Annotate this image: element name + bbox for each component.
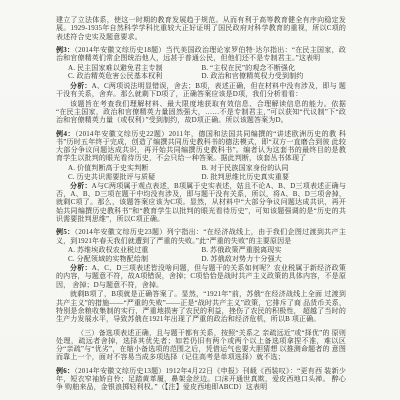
example3-stem-text: （2014年安徽文综历史18题）当代美国政治理论家罗伯特·达尔指出：“在民主国家… xyxy=(56,46,346,62)
example5-options: A. 苏维埃政权农业税过重 B. 苏俄政策严重脱离现实 C. 分配领域的实物配给… xyxy=(56,246,346,263)
rule-three-paragraph: （三）备选项表述正确，且与题干都有关系，按照“关系之 亲疏远近”或“择优”的 原… xyxy=(56,329,346,362)
example5-label: 例5： xyxy=(56,228,75,236)
example3-analysis: 分析：A、C两项说法明显错误，舍去；B项，表述正确，但在材料中没有涉及，即与 题… xyxy=(56,82,346,99)
example5-analysis-text: A、C、D三项表述皆没啥问题，但与题干的关系如何呢？农业税属于新经济政策 的内容… xyxy=(56,264,346,289)
example4-analysis-text: A与C两项属于观点表述，B项属于史实表述，姑且不论A、B、D三项表述正确与 否，… xyxy=(56,182,346,223)
rule-three-label: （三） xyxy=(77,329,99,337)
example5-analysis2: 就剩B项了，B项就是正确答案了。显然，“1921年”前，苏俄“在经济战线上全面 … xyxy=(56,290,346,323)
example3-analysis-text: A、C两项说法明显错误，舍去；B项，表述正确，但在材料中没有涉及，即与 题干没有… xyxy=(56,82,346,98)
example5-stem-text: （2014年安徽文综历史23题）列宁指出：“在经济战线上，由于我们企图过渡到共产… xyxy=(56,228,346,244)
paragraph-intro-continuation: 建立了立法体系，使这一时期的教育发展趋于规范。从而有利于高等教育健全有序向稳定发… xyxy=(56,16,346,41)
example5-options-row1: A. 苏维埃政权农业税过重 B. 苏俄政策严重脱离现实 xyxy=(68,246,346,254)
document-text-area: 建立了立法体系，使这一时期的教育发展趋于规范。从而有利于高等教育健全有序向稳定发… xyxy=(56,16,346,393)
example4-stem-text: （2014年安徽文综历史22题）2011年，德国和法国共同编撰的“讲述欧洲历史的… xyxy=(56,130,346,163)
example3-analysis-label: 分析： xyxy=(70,82,92,90)
example4-option-b: B. 对于民族国家身份的认同 xyxy=(201,164,346,172)
example6-stem: 例6：（2014年安徽文综历史13题）1912年4月22日《申报》刊载《西装叹》… xyxy=(56,367,346,392)
example3-option-d: D. 政治和官僚精英权力受到制约 xyxy=(201,72,346,80)
example4-option-c: C. 历史共识需要批评与质疑 xyxy=(68,173,201,181)
rule-three-text: 备选项表述正确，且与题干都有关系，按照“关系之 亲疏远近”或“择优”的 原则处理… xyxy=(56,329,346,362)
example6-stem-text: （2014年安徽文综历史13题）1912年4月22日《申报》刊载《西装叹》：“更… xyxy=(56,367,346,392)
example3-stem: 例3：（2014年安徽文综历史18题）当代美国政治理论家罗伯特·达尔指出：“在民… xyxy=(56,46,346,63)
example5-stem: 例5：（2014年安徽文综历史23题）列宁指出：“在经济战线上，由于我们企图过渡… xyxy=(56,228,346,245)
example4-label: 例4： xyxy=(56,130,75,138)
example4-option-a: A. 价值判断高于史实判断 xyxy=(68,164,201,172)
example4-options: A. 价值判断高于史实判断 B. 对于民族国家身份的认同 C. 历史共识需要批评… xyxy=(56,164,346,181)
example4-option-d: D. 批判思维比历史真实重要 xyxy=(201,173,346,181)
example4-options-row2: C. 历史共识需要批评与质疑 D. 批判思维比历史真实重要 xyxy=(68,173,346,181)
example5-option-c: C. 分配领域的实物配给制 xyxy=(68,255,201,263)
example3-options-row2: C. 政治精英危害公民基本权利 D. 政治和官僚精英权力受到制约 xyxy=(68,72,346,80)
example4-analysis-label: 分析： xyxy=(70,182,92,190)
example3-options: A. 民主国家难以避免君主专制 B. “主权在民”的观念不断强化 C. 政治精英… xyxy=(56,64,346,81)
example6-label: 例6： xyxy=(56,367,74,375)
example5-option-d: D. 苏俄敌对势力十分强大 xyxy=(201,255,346,263)
example4-analysis: 分析：A与C两项属于观点表述，B项属于史实表述，姑且不论A、B、D三项表述正确与… xyxy=(56,182,346,223)
example3-label: 例3： xyxy=(56,46,74,54)
scanned-document-page: 建立了立法体系，使这一时期的教育发展趋于规范。从而有利于高等教育健全有序向稳定发… xyxy=(0,0,400,400)
example4-stem: 例4：（2014年安徽文综历史22题）2011年，德国和法国共同编撰的“讲述欧洲… xyxy=(56,130,346,163)
example5-analysis: 分析：A、C、D三项表述皆没啥问题，但与题干的关系如何呢？农业税属于新经济政策 … xyxy=(56,264,346,289)
example5-option-a: A. 苏维埃政权农业税过重 xyxy=(68,246,201,254)
example3-analysis2: 该题旨在考查我们理解材料、最大限度地获取有效信息、合理解读信息的能力。依据 “在… xyxy=(56,100,346,125)
example4-options-row1: A. 价值判断高于史实判断 B. 对于民族国家身份的认同 xyxy=(68,164,346,172)
example5-options-row2: C. 分配领域的实物配给制 D. 苏俄敌对势力十分强大 xyxy=(68,255,346,263)
example5-option-b: B. 苏俄政策严重脱离现实 xyxy=(201,246,346,254)
example3-option-c: C. 政治精英危害公民基本权利 xyxy=(68,72,201,80)
example5-analysis-label: 分析： xyxy=(70,264,92,272)
